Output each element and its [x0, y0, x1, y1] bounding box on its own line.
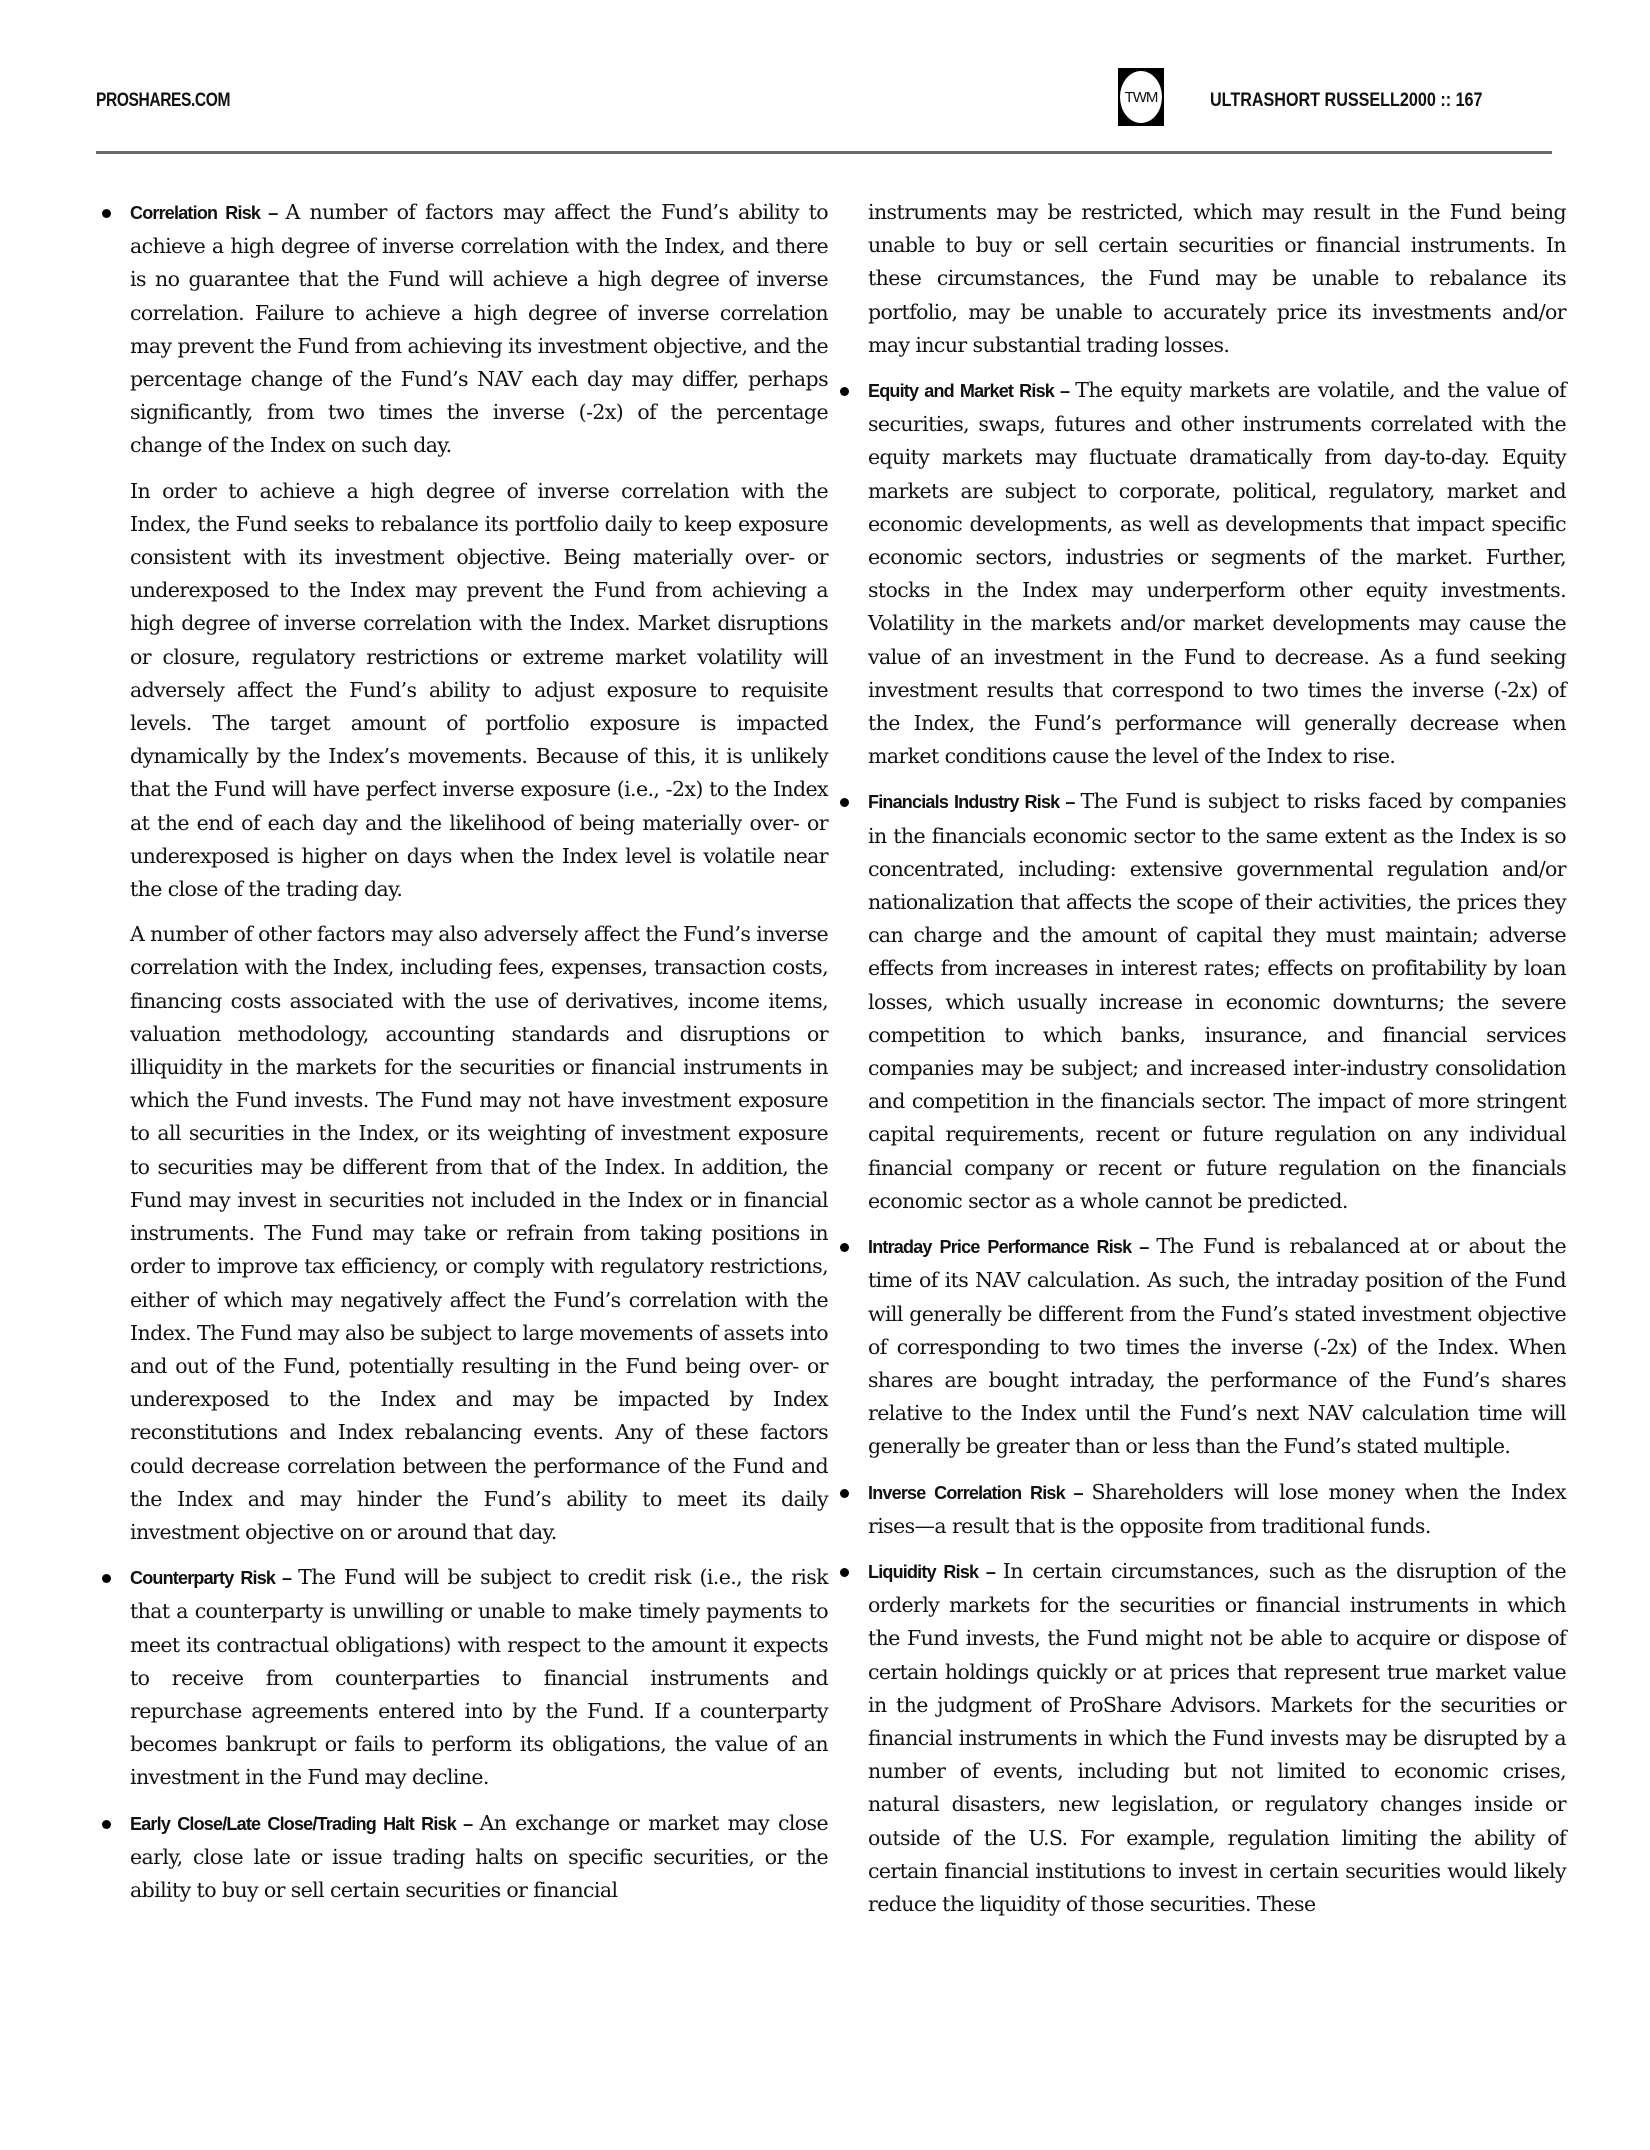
risk-term: Inverse Correlation Risk	[868, 1483, 1065, 1503]
left-column: Correlation Risk – A number of factors m…	[130, 196, 828, 1919]
bullet-icon	[840, 387, 849, 396]
risk-paragraph: A number of other factors may also adver…	[130, 918, 828, 1549]
right-column: instruments may be restricted, which may…	[868, 196, 1566, 1933]
page-header: PROSHARES.COM TWM ULTRASHORT RUSSELL2000…	[0, 0, 1650, 160]
risk-paragraph: In order to achieve a high degree of inv…	[130, 475, 828, 907]
risk-item-counterparty: Counterparty Risk – The Fund will be sub…	[130, 1561, 828, 1794]
page-number: 167	[1456, 90, 1483, 111]
risk-item-intraday-price: Intraday Price Performance Risk – The Fu…	[868, 1230, 1566, 1463]
risk-item-early-close: Early Close/Late Close/Trading Halt Risk…	[130, 1807, 828, 1908]
risk-text: The Fund is subject to risks faced by co…	[868, 789, 1566, 1212]
risk-item-liquidity: Liquidity Risk – In certain circumstance…	[868, 1555, 1566, 1921]
risk-text: The equity markets are volatile, and the…	[868, 378, 1566, 768]
ticker-badge: TWM	[1118, 68, 1164, 126]
risk-text: instruments may be restricted, which may…	[868, 196, 1566, 362]
bullet-icon	[840, 1243, 849, 1252]
bullet-icon	[840, 1568, 849, 1577]
risk-text: The Fund will be subject to credit risk …	[130, 1565, 828, 1789]
bullet-icon	[102, 209, 111, 218]
fund-name: ULTRASHORT RUSSELL2000	[1210, 90, 1436, 111]
bullet-icon	[840, 1489, 849, 1498]
risk-term: Liquidity Risk	[868, 1562, 978, 1582]
risk-item-inverse-correlation: Inverse Correlation Risk – Shareholders …	[868, 1476, 1566, 1543]
title-separator: ::	[1436, 90, 1456, 111]
bullet-icon	[102, 1574, 111, 1583]
risk-item-financials-industry: Financials Industry Risk – The Fund is s…	[868, 785, 1566, 1218]
risk-term: Financials Industry Risk	[868, 792, 1059, 812]
risk-term: Correlation Risk	[130, 203, 260, 223]
risk-term: Early Close/Late Close/Trading Halt Risk	[130, 1814, 456, 1834]
risk-text: A number of factors may affect the Fund’…	[130, 200, 828, 457]
header-rule	[96, 151, 1552, 154]
risk-term: Counterparty Risk	[130, 1568, 275, 1588]
bullet-icon	[102, 1820, 111, 1829]
risk-text: In certain circumstances, such as the di…	[868, 1559, 1566, 1916]
risk-term: Intraday Price Performance Risk	[868, 1237, 1131, 1257]
risk-term: Equity and Market Risk	[868, 381, 1054, 401]
bullet-icon	[840, 798, 849, 807]
risk-item-early-close-continued: instruments may be restricted, which may…	[868, 196, 1566, 362]
site-name: PROSHARES.COM	[96, 90, 230, 112]
risk-item-equity-market: Equity and Market Risk – The equity mark…	[868, 374, 1566, 773]
ticker-badge-circle-icon: TWM	[1120, 71, 1162, 123]
risk-text: The Fund is rebalanced at or about the t…	[868, 1234, 1566, 1458]
risk-item-correlation: Correlation Risk – A number of factors m…	[130, 196, 828, 1549]
fund-title: ULTRASHORT RUSSELL2000 :: 167	[1210, 90, 1483, 112]
